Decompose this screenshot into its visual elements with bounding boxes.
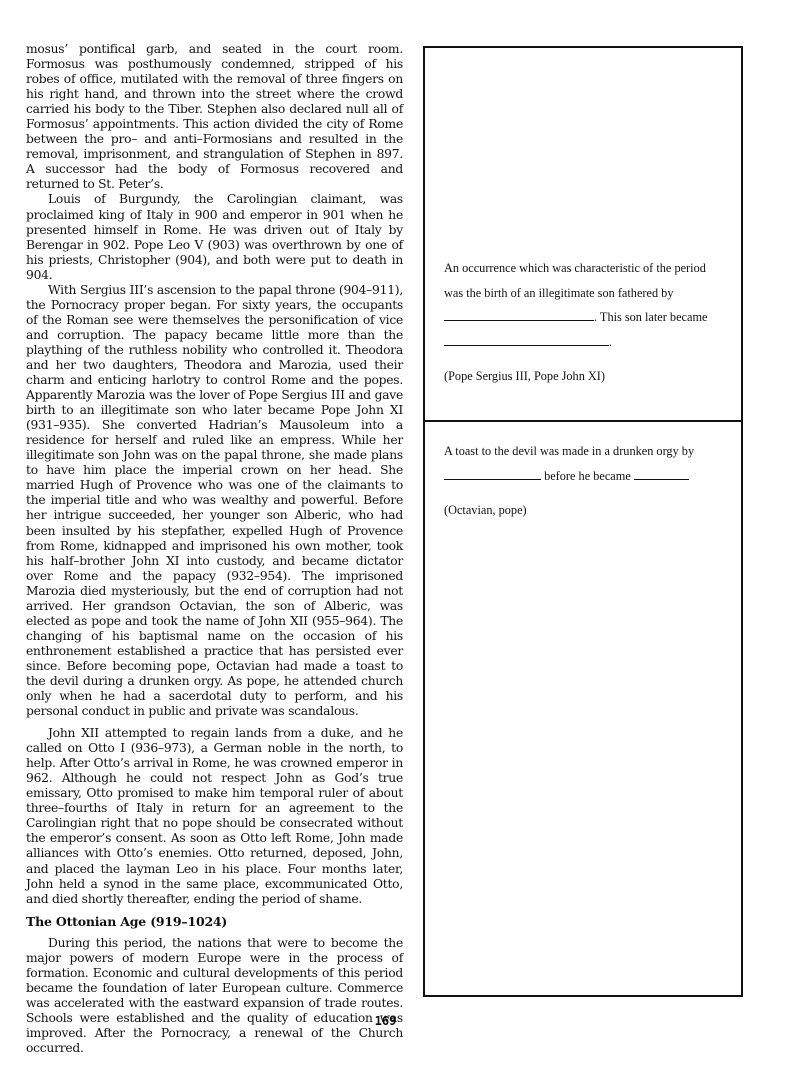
- question-1-text-b: . This son later became: [594, 310, 707, 324]
- box-divider: [425, 420, 741, 422]
- question-2-answer: (Octavian, pope): [444, 498, 724, 523]
- question-2: A toast to the devil was made in a drunk…: [444, 439, 724, 523]
- answer-blank-4[interactable]: [634, 469, 689, 480]
- study-question-box: An occurrence which was characteristic o…: [423, 46, 743, 997]
- book-page: mosus’ pontifical garb, and seated in th…: [0, 0, 799, 1079]
- paragraph-pornocracy: With Sergius III’s ascension to the papa…: [26, 283, 403, 719]
- section-heading-ottonian-age: The Ottonian Age (919–1024): [26, 914, 403, 929]
- main-text-column: mosus’ pontifical garb, and seated in th…: [26, 42, 403, 1056]
- question-1: An occurrence which was characteristic o…: [444, 256, 724, 389]
- answer-blank-1[interactable]: [444, 310, 594, 321]
- question-1-answer: (Pope Sergius III, Pope John XI): [444, 364, 724, 389]
- answer-blank-2[interactable]: [444, 335, 609, 346]
- paragraph-louis-of-burgundy: Louis of Burgundy, the Carolingian claim…: [26, 192, 403, 282]
- question-2-text: A toast to the devil was made in a drunk…: [444, 444, 694, 458]
- question-2-text-b: before he became: [544, 469, 631, 483]
- answer-blank-3[interactable]: [444, 469, 541, 480]
- page-number: 169: [363, 1014, 408, 1028]
- paragraph-john-xii: John XII attempted to regain lands from …: [26, 726, 403, 907]
- paragraph-ottonian-age: During this period, the nations that wer…: [26, 936, 403, 1056]
- question-1-text-c: .: [609, 335, 612, 349]
- paragraph-formosus: mosus’ pontifical garb, and seated in th…: [26, 42, 403, 192]
- question-1-text: An occurrence which was characteristic o…: [444, 261, 706, 300]
